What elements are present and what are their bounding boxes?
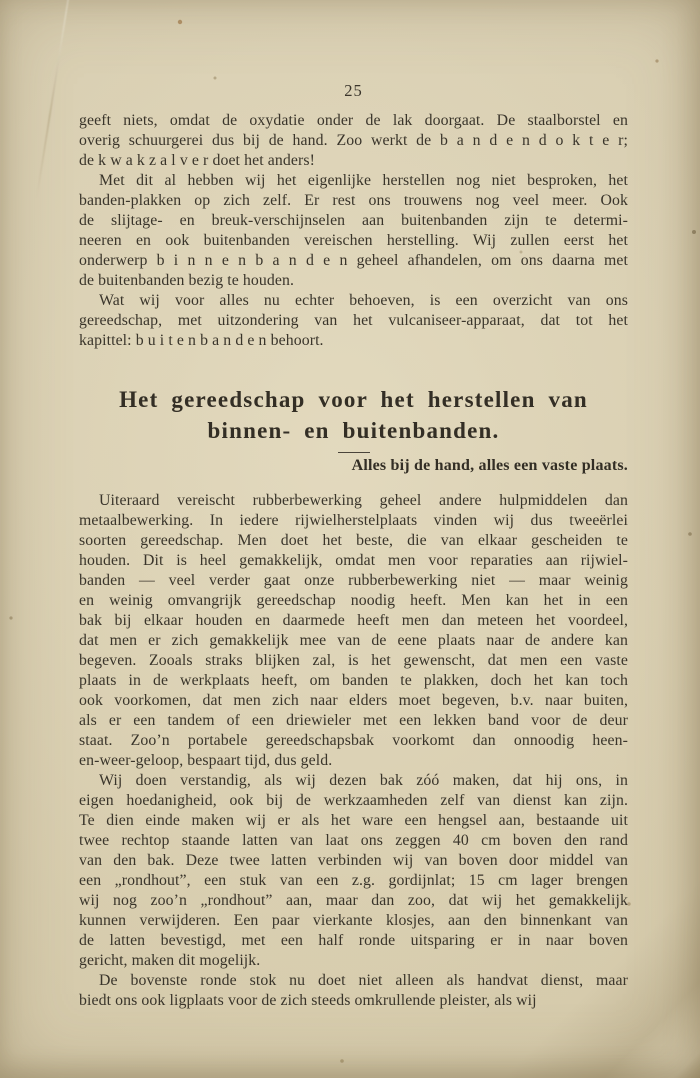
chapter-heading: Het gereedschap voor het herstellen van …	[79, 384, 628, 453]
text-line: gereedschap, met uitzondering van het vu…	[79, 311, 628, 331]
text-line: dat men er zich gemakkelijk mee van de e…	[79, 631, 628, 651]
section-subheading: Alles bij de hand, alles een vaste plaat…	[79, 456, 628, 476]
text-line: Uiteraard vereischt rubberbewerking gehe…	[79, 491, 628, 511]
text-line: twee rechtop staande latten van laat ons…	[79, 831, 628, 851]
paragraph-2: Met dit al hebben wij het eigenlijke her…	[79, 171, 628, 291]
page-number: 25	[79, 81, 628, 101]
text-line: banden-plakken op zich zelf. Er rest ons…	[79, 191, 628, 211]
paragraph-5: Wij doen verstandig, als wij dezen bak z…	[79, 771, 628, 971]
paragraph-3: Wat wij voor alles nu echter behoeven, i…	[79, 291, 628, 351]
heading-rule	[338, 452, 370, 453]
text-line: Te dien einde maken wij er als het ware …	[79, 811, 628, 831]
text-line: de slijtage- en breuk-verschijnselen aan…	[79, 211, 628, 231]
text-line: houden. Dit is heel gemakkelijk, omdat m…	[79, 551, 628, 571]
text-line: staat. Zoo’n portabele gereedschapsbak v…	[79, 731, 628, 751]
paper-speckles	[0, 0, 2, 2]
text-line: metaalbewerking. In iedere rijwielherste…	[79, 511, 628, 531]
text-line: een „rondhout”, een stuk van een z.g. go…	[79, 871, 628, 891]
book-page-scan: 25 geeft niets, omdat de oxydatie onder …	[0, 0, 700, 1078]
chapter-heading-line-1: Het gereedschap voor het herstellen van	[79, 384, 628, 415]
text-line: neeren en ook buitenbanden vereischen he…	[79, 231, 628, 251]
text-line: gericht, maken dit mogelijk.	[79, 951, 628, 971]
text-line: Wij doen verstandig, als wij dezen bak z…	[79, 771, 628, 791]
text-line: soorten gereedschap. Men doet het beste,…	[79, 531, 628, 551]
text-column: geeft niets, omdat de oxydatie onder de …	[79, 111, 628, 1011]
text-line: begeven. Zooals straks blijken zal, is h…	[79, 651, 628, 671]
paragraph-4: Uiteraard vereischt rubberbewerking gehe…	[79, 491, 628, 771]
text-line: geeft niets, omdat de oxydatie onder de …	[79, 111, 628, 131]
paragraph-1: geeft niets, omdat de oxydatie onder de …	[79, 111, 628, 171]
text-line: kapittel: b u i t e n b a n d e n behoor…	[79, 331, 628, 351]
text-line: plaats in de werkplaats heeft, om banden…	[79, 671, 628, 691]
text-line: biedt ons ook ligplaats voor de zich ste…	[79, 991, 628, 1011]
text-line: de buitenbanden bezig te houden.	[79, 271, 628, 291]
text-line: Wat wij voor alles nu echter behoeven, i…	[79, 291, 628, 311]
text-line: ook voorkomen, dat men zich naar elders …	[79, 691, 628, 711]
text-line: en weinig omvangrijk gereedschap noodig …	[79, 591, 628, 611]
text-line: als er een tandem of een driewieler met …	[79, 711, 628, 731]
text-line: bak bij elkaar houden en daarmede heeft …	[79, 611, 628, 631]
text-line: de latten bevestigd, met een half ronde …	[79, 931, 628, 951]
text-line: overig schuurgerei dus bij de hand. Zoo …	[79, 131, 628, 151]
text-line: eigen hoedanigheid, ook bij de werkzaamh…	[79, 791, 628, 811]
text-line: en-weer-geloop, bespaart tijd, dus geld.	[79, 751, 628, 771]
text-line: banden — veel verder gaat onze rubberbew…	[79, 571, 628, 591]
paper-crease	[36, 0, 71, 199]
text-line: wij nog zoo’n „rondhout” aan, maar dan z…	[79, 891, 628, 911]
paragraph-6: De bovenste ronde stok nu doet niet alle…	[79, 971, 628, 1011]
text-line: onderwerp b i n n e n b a n d e n geheel…	[79, 251, 628, 271]
text-line: kunnen verwijderen. Een paar vierkante k…	[79, 911, 628, 931]
text-line: van den bak. Deze twee latten verbinden …	[79, 851, 628, 871]
chapter-heading-line-2: binnen- en buitenbanden.	[79, 415, 628, 446]
text-line: De bovenste ronde stok nu doet niet alle…	[79, 971, 628, 991]
text-line: de k w a k z a l v e r doet het anders!	[79, 151, 628, 171]
text-line: Met dit al hebben wij het eigenlijke her…	[79, 171, 628, 191]
